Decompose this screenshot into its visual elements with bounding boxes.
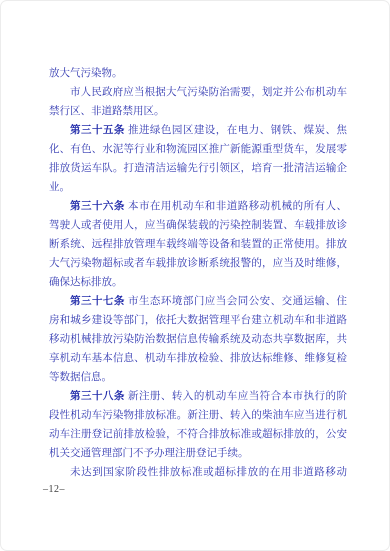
text-line: 第三十八条 新注册、转入的机动车应当符合本市执行的阶 xyxy=(49,387,347,406)
text-line: 等数据信息。 xyxy=(49,368,347,387)
article-number: 第三十八条 xyxy=(70,391,125,402)
text-line: 第三十五条 推进绿色园区建设，在电力、钢铁、煤炭、焦 xyxy=(49,121,347,140)
text-line: 化、有色、水泥等行业和物流园区推广新能源重型货车，发展零 xyxy=(49,140,347,159)
text-line: 未达到国家阶段性排放标准或超标排放的在用非道路移动 xyxy=(49,463,347,482)
text-line: 动车注册登记前排放检验，不符合排放标准或超标排放的，公安 xyxy=(49,425,347,444)
text-line: 机关交通管理部门不予办理注册登记手续。 xyxy=(49,444,347,463)
article-number: 第三十七条 xyxy=(70,296,125,307)
text-line: 第三十七条 市生态环境部门应当会同公安、交通运输、住 xyxy=(49,292,347,311)
text-line: 移动机械排放污染防治数据信息传输系统及动态共享数据库，共 xyxy=(49,330,347,349)
text-line: 禁行区、非道路禁用区。 xyxy=(49,102,347,121)
text-line: 段性机动车污染物排放标准。新注册、转入的柴油车应当进行机 xyxy=(49,406,347,425)
text-line: 市人民政府应当根据大气污染防治需要，划定并公布机动车 xyxy=(49,83,347,102)
article-number: 第三十六条 xyxy=(70,201,125,212)
text-line: 享机动车基本信息、机动车排放检验、排放达标维修、维修复检 xyxy=(49,349,347,368)
document-page: 放大气污染物。市人民政府应当根据大气污染防治需要，划定并公布机动车禁行区、非道路… xyxy=(0,0,390,551)
text-line: 房和城乡建设等部门，依托大数据管理平台建立机动车和非道路 xyxy=(49,311,347,330)
text-line: 断系统、远程排放管理车载终端等设备和装置的正常使用。排放 xyxy=(49,235,347,254)
text-lines: 放大气污染物。市人民政府应当根据大气污染防治需要，划定并公布机动车禁行区、非道路… xyxy=(49,64,347,482)
text-line: 第三十六条 本市在用机动车和非道路移动机械的所有人、 xyxy=(49,197,347,216)
text-line: 驾驶人或者使用人，应当确保装载的污染控制装置、车载排放诊 xyxy=(49,216,347,235)
text-line: 放大气污染物。 xyxy=(49,64,347,83)
text-line: 大气污染物超标或者车载排放诊断系统报警的，应当及时维修， xyxy=(49,254,347,273)
page-number: –12– xyxy=(43,483,65,497)
text-line: 确保达标排放。 xyxy=(49,273,347,292)
text-line: 业。 xyxy=(49,178,347,197)
article-number: 第三十五条 xyxy=(70,125,125,136)
text-line: 排放货运车队。打造清洁运输先行引领区，培育一批清洁运输企 xyxy=(49,159,347,178)
